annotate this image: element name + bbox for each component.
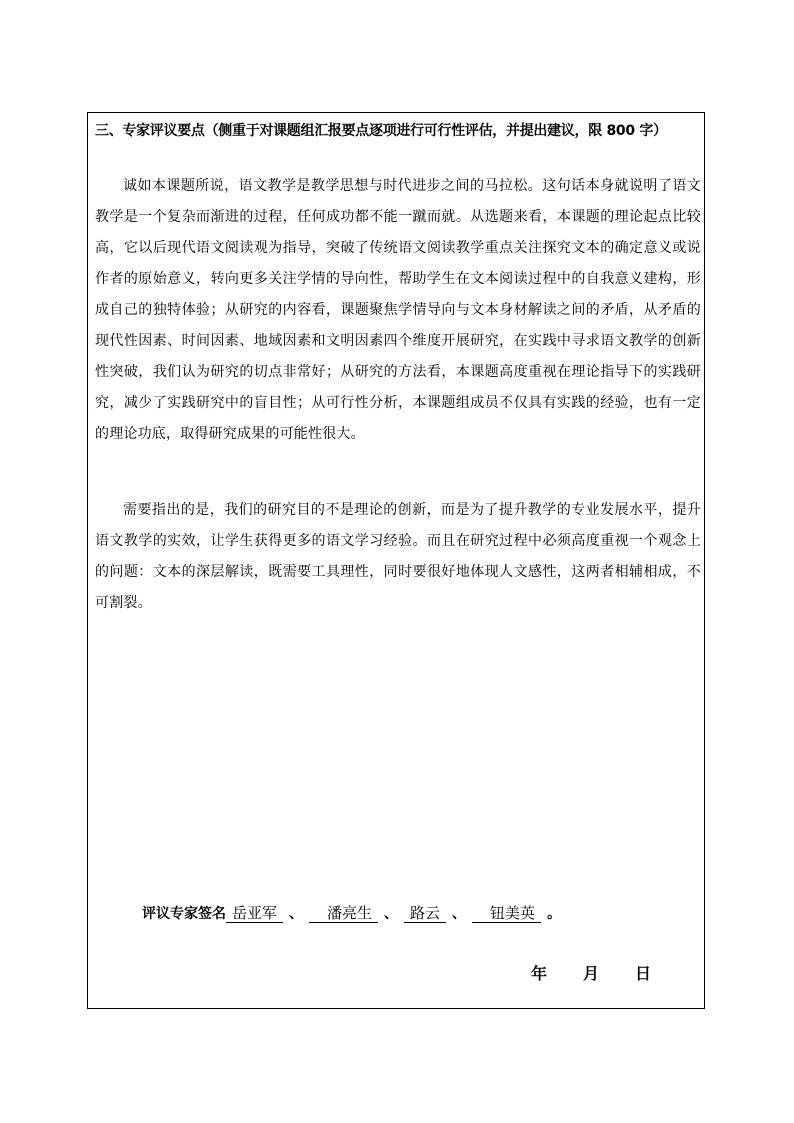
signature-separator: 、: [452, 906, 466, 922]
date-line: 年月日: [531, 961, 687, 984]
signer-name-3: 路云: [404, 904, 446, 923]
signature-line: 评议专家签名岳亚军、潘亮生、路云、钮美英。: [142, 903, 567, 923]
signer-name-4: 钮美英: [472, 904, 541, 923]
signer-name-1: 岳亚军: [226, 904, 283, 923]
date-month: 月: [583, 961, 599, 984]
signature-separator: 、: [289, 906, 303, 922]
date-day: 日: [635, 961, 651, 984]
expert-review-box: 三、专家评议要点（侧重于对课题组汇报要点逐项进行可行性评估，并提出建议，限 80…: [87, 112, 705, 1009]
signature-label: 评议专家签名: [142, 906, 226, 922]
signature-end: 。: [547, 906, 561, 922]
review-paragraph-2: 需要指出的是，我们的研究目的不是理论的创新，而是为了提升教学的专业发展水平，提升…: [95, 495, 701, 619]
section-heading: 三、专家评议要点（侧重于对课题组汇报要点逐项进行可行性评估，并提出建议，限 80…: [95, 119, 701, 143]
date-year: 年: [531, 961, 547, 984]
signer-name-2: 潘亮生: [309, 904, 378, 923]
signature-separator: 、: [384, 906, 398, 922]
review-paragraph-1: 诚如本课题所说，语文教学是教学思想与时代进步之间的马拉松。这句话本身就说明了语文…: [95, 171, 701, 450]
